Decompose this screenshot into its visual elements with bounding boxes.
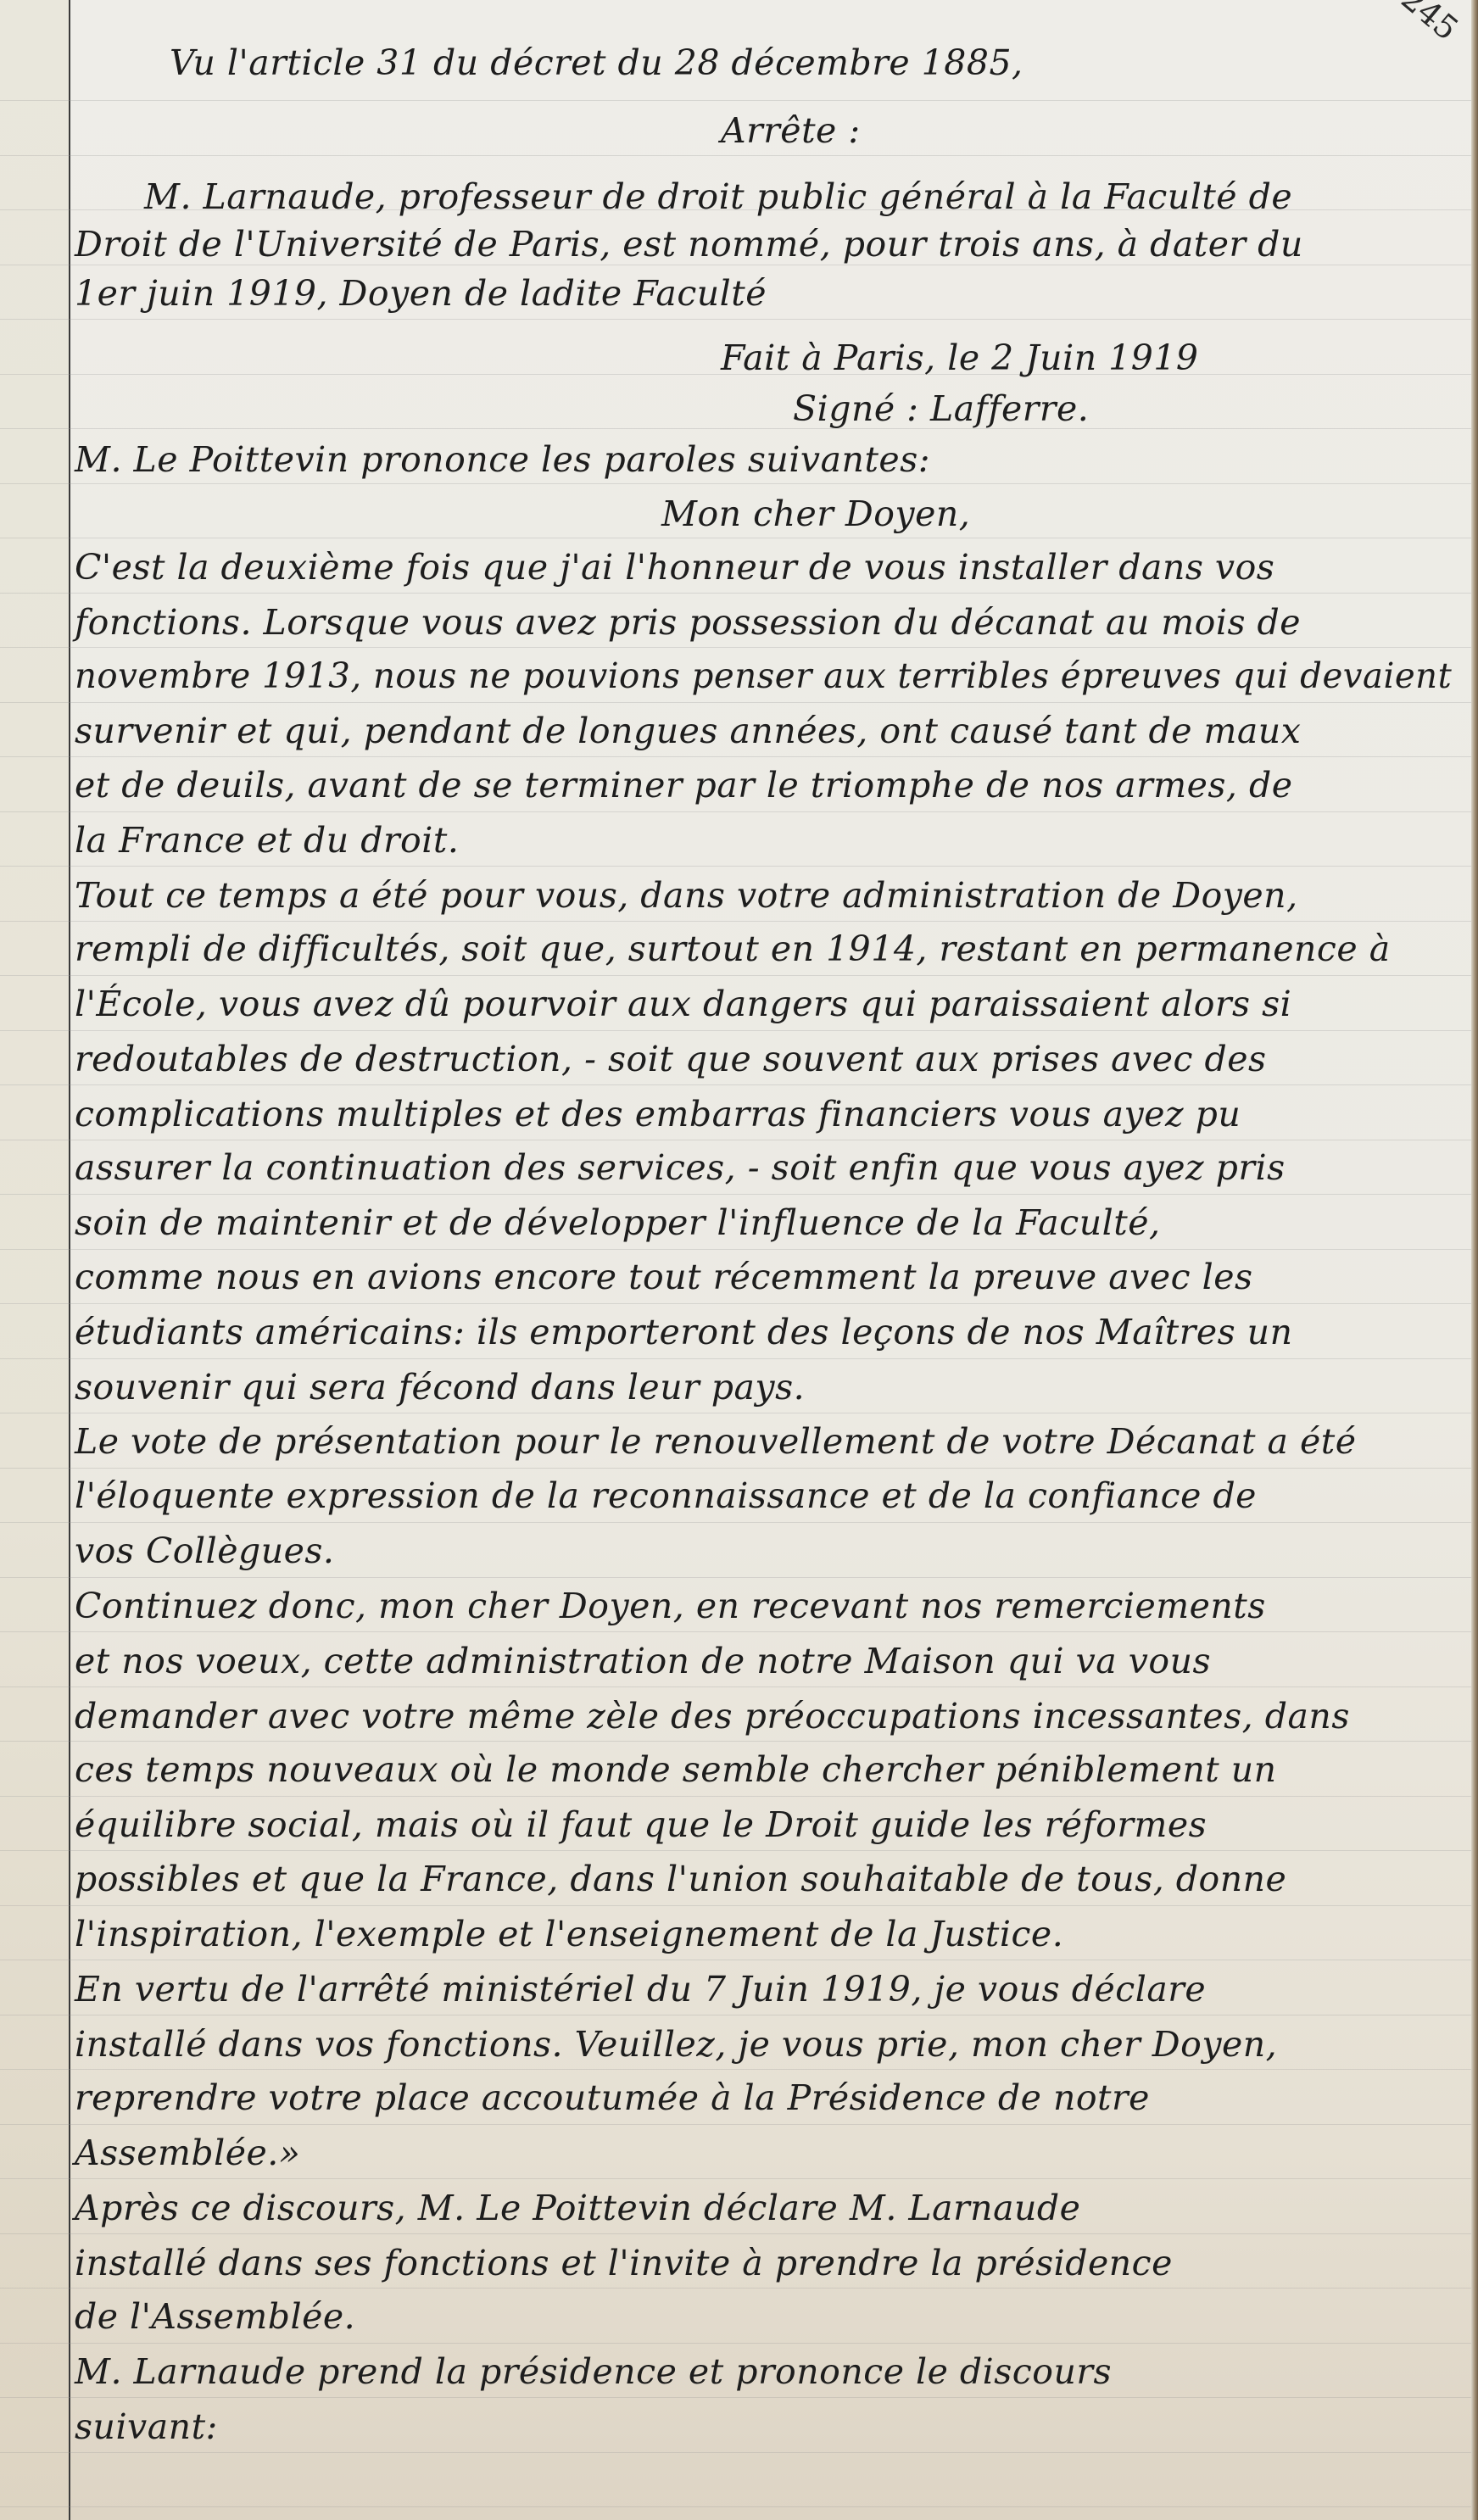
handwritten-line: C'est la deuxième fois que j'ai l'honneu…: [75, 547, 1274, 588]
ruled-line: [0, 1796, 1471, 1797]
ruled-line: [0, 1468, 1471, 1469]
ruled-line: [0, 1030, 1471, 1031]
handwritten-line: Assemblée.»: [75, 2133, 300, 2173]
handwritten-line: M. Larnaude prend la présidence et prono…: [75, 2351, 1112, 2392]
handwritten-line: fonctions. Lorsque vous avez pris posses…: [75, 602, 1301, 643]
ruled-line: [0, 1413, 1471, 1413]
ruled-line: [0, 1522, 1471, 1523]
handwritten-line: Continuez donc, mon cher Doyen, en recev…: [75, 1586, 1266, 1626]
handwritten-line: équilibre social, mais où il faut que le…: [75, 1804, 1207, 1845]
handwritten-line: installé dans ses fonctions et l'invite …: [75, 2243, 1173, 2283]
handwritten-line: Signé : Lafferre.: [793, 388, 1089, 429]
ruled-line: [0, 811, 1471, 812]
handwritten-line: et de deuils, avant de se terminer par l…: [75, 765, 1292, 806]
handwritten-line: Droit de l'Université de Paris, est nomm…: [75, 224, 1303, 265]
handwritten-line: étudiants américains: ils emporteront de…: [75, 1312, 1292, 1352]
handwritten-line: de l'Assemblée.: [75, 2296, 355, 2337]
handwritten-line: vos Collègues.: [75, 1530, 334, 1571]
handwritten-line: soin de maintenir et de développer l'inf…: [75, 1202, 1161, 1243]
ruled-line: [0, 2397, 1471, 2398]
ruled-line: [0, 1960, 1471, 1960]
handwritten-line: Fait à Paris, le 2 Juin 1919: [721, 337, 1198, 378]
ruled-line: [0, 483, 1471, 484]
handwritten-line: complications multiples et des embarras …: [75, 1094, 1241, 1135]
ruled-line: [0, 647, 1471, 648]
handwritten-line: installé dans vos fonctions. Veuillez, j…: [75, 2024, 1277, 2065]
handwritten-line: M. Larnaude, professeur de droit public …: [144, 176, 1292, 217]
ruled-line: [0, 1084, 1471, 1085]
ruled-line: [0, 2343, 1471, 2344]
ruled-line: [0, 1249, 1471, 1250]
ruled-line: [0, 1194, 1471, 1195]
handwritten-line: Tout ce temps a été pour vous, dans votr…: [75, 875, 1298, 916]
ruled-line: [0, 866, 1471, 867]
ruled-line: [0, 756, 1471, 757]
handwritten-line: rempli de difficultés, soit que, surtout…: [75, 928, 1391, 969]
ruled-line: [0, 538, 1471, 538]
page-edge: [1471, 0, 1478, 2520]
handwritten-line: Arrête :: [721, 110, 861, 151]
margin-rule: [69, 0, 70, 2520]
left-margin: [0, 0, 70, 2520]
ruled-line: [0, 100, 1471, 101]
handwritten-line: Vu l'article 31 du décret du 28 décembre…: [170, 42, 1023, 83]
page-number: 245: [1395, 0, 1466, 47]
handwritten-line: l'École, vous avez dû pourvoir aux dange…: [75, 984, 1291, 1024]
ruled-line: [0, 1741, 1471, 1742]
handwritten-line: l'éloquente expression de la reconnaissa…: [75, 1475, 1257, 1516]
ruled-line: [0, 319, 1471, 320]
handwritten-line: Le vote de présentation pour le renouvel…: [75, 1421, 1356, 1462]
handwritten-line: l'inspiration, l'exemple et l'enseigneme…: [75, 1914, 1063, 1954]
handwritten-line: reprendre votre place accoutumée à la Pr…: [75, 2077, 1150, 2118]
ruled-line: [0, 2178, 1471, 2179]
handwritten-line: M. Le Poittevin prononce les paroles sui…: [75, 439, 930, 480]
handwritten-line: possibles et que la France, dans l'union…: [75, 1859, 1286, 1899]
handwritten-line: redoutables de destruction, - soit que s…: [75, 1039, 1267, 1079]
ruled-line: [0, 975, 1471, 976]
ruled-line: [0, 265, 1471, 265]
handwritten-line: comme nous en avions encore tout récemme…: [75, 1257, 1253, 1297]
ruled-line: [0, 1905, 1471, 1906]
ruled-line: [0, 702, 1471, 703]
handwritten-line: 1er juin 1919, Doyen de ladite Faculté: [75, 273, 767, 314]
handwritten-line: Mon cher Doyen,: [661, 493, 970, 534]
handwritten-line: assurer la continuation des services, - …: [75, 1147, 1286, 1188]
ruled-line: [0, 2015, 1471, 2015]
handwritten-line: suivant:: [75, 2406, 218, 2447]
ruled-line: [0, 1140, 1471, 1140]
handwritten-line: survenir et qui, pendant de longues anné…: [75, 711, 1301, 751]
ruled-line: [0, 921, 1471, 922]
ruled-line: [0, 1577, 1471, 1578]
handwritten-line: ces temps nouveaux où le monde semble ch…: [75, 1749, 1277, 1790]
ruled-line: [0, 2288, 1471, 2289]
ruled-line: [0, 428, 1471, 429]
ruled-line: [0, 1358, 1471, 1359]
ruled-line: [0, 593, 1471, 594]
handwritten-line: En vertu de l'arrêté ministériel du 7 Ju…: [75, 1969, 1206, 2010]
handwritten-line: et nos voeux, cette administration de no…: [75, 1641, 1211, 1681]
ruled-line: [0, 1303, 1471, 1304]
handwritten-line: Après ce discours, M. Le Poittevin décla…: [75, 2188, 1080, 2228]
ruled-line: [0, 2069, 1471, 2070]
handwritten-line: souvenir qui sera fécond dans leur pays.: [75, 1367, 805, 1408]
handwritten-line: la France et du droit.: [75, 820, 459, 861]
ruled-line: [0, 1687, 1471, 1687]
ruled-line: [0, 2506, 1471, 2507]
ruled-line: [0, 2452, 1471, 2453]
ruled-line: [0, 155, 1471, 156]
ruled-line: [0, 1850, 1471, 1851]
ruled-line: [0, 2124, 1471, 2125]
ruled-line: [0, 2233, 1471, 2234]
handwritten-line: demander avec votre même zèle des préocc…: [75, 1696, 1350, 1737]
ruled-line: [0, 1631, 1471, 1632]
handwritten-line: novembre 1913, nous ne pouvions penser a…: [75, 655, 1452, 696]
